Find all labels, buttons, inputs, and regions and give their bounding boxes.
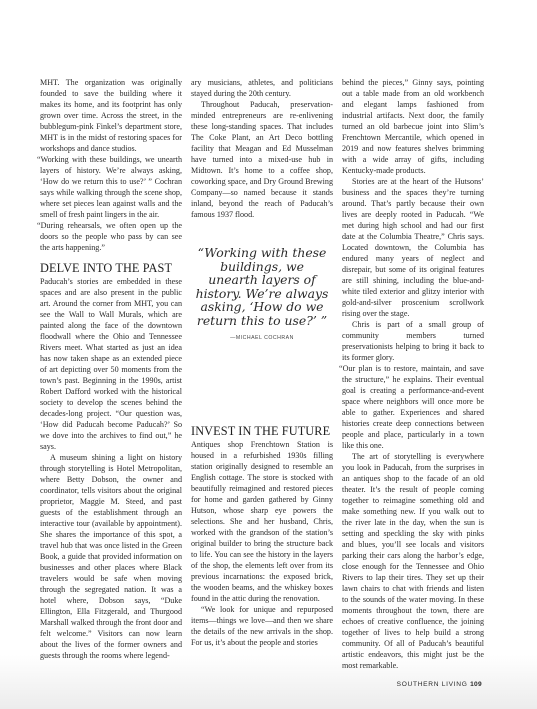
body-paragraph: Stories are at the heart of the Hutsons’…	[342, 176, 484, 319]
column-2: ary musicians, athletes, and politicians…	[191, 77, 333, 648]
body-paragraph: “We look for unique and repurposed items…	[191, 604, 333, 648]
page-number: 109	[470, 681, 482, 688]
magazine-page: MHT. The organization was originally fou…	[0, 0, 537, 709]
body-paragraph: Chris is part of a small group of commun…	[342, 319, 484, 363]
body-paragraph-quote: “Working with these buildings, we uneart…	[40, 154, 182, 220]
body-paragraph: Paducah’s stories are embedded in these …	[40, 276, 182, 452]
body-paragraph: MHT. The organization was originally fou…	[40, 77, 182, 154]
page-folio: SOUTHERN LIVING 109	[397, 681, 482, 688]
column-1: MHT. The organization was originally fou…	[40, 77, 182, 661]
pull-quote: “Working with these buildings, we uneart…	[194, 246, 330, 345]
body-paragraph: A museum shining a light on history thro…	[40, 452, 182, 661]
publication-name: SOUTHERN LIVING	[397, 681, 470, 688]
body-paragraph-quote: “During rehearsals, we often open up the…	[40, 220, 182, 253]
body-paragraph: The art of storytelling is everywhere yo…	[342, 451, 484, 671]
body-paragraph: behind the pieces,” Ginny says, pointing…	[342, 77, 484, 176]
body-paragraph: Throughout Paducah, preservation-minded …	[191, 99, 333, 220]
section-heading-invest: INVEST IN THE FUTURE	[191, 425, 333, 438]
body-paragraph: Antiques shop Frenchtown Station is hous…	[191, 439, 333, 604]
body-paragraph: ary musicians, athletes, and politicians…	[191, 77, 333, 99]
pull-quote-attribution: —MICHAEL COCHRAN	[194, 332, 330, 346]
body-paragraph-quote: “Our plan is to restore, maintain, and s…	[342, 363, 484, 451]
section-heading-delve: DELVE INTO THE PAST	[40, 262, 182, 275]
column-3: behind the pieces,” Ginny says, pointing…	[342, 77, 484, 671]
pull-quote-text: “Working with these buildings, we uneart…	[196, 245, 329, 328]
